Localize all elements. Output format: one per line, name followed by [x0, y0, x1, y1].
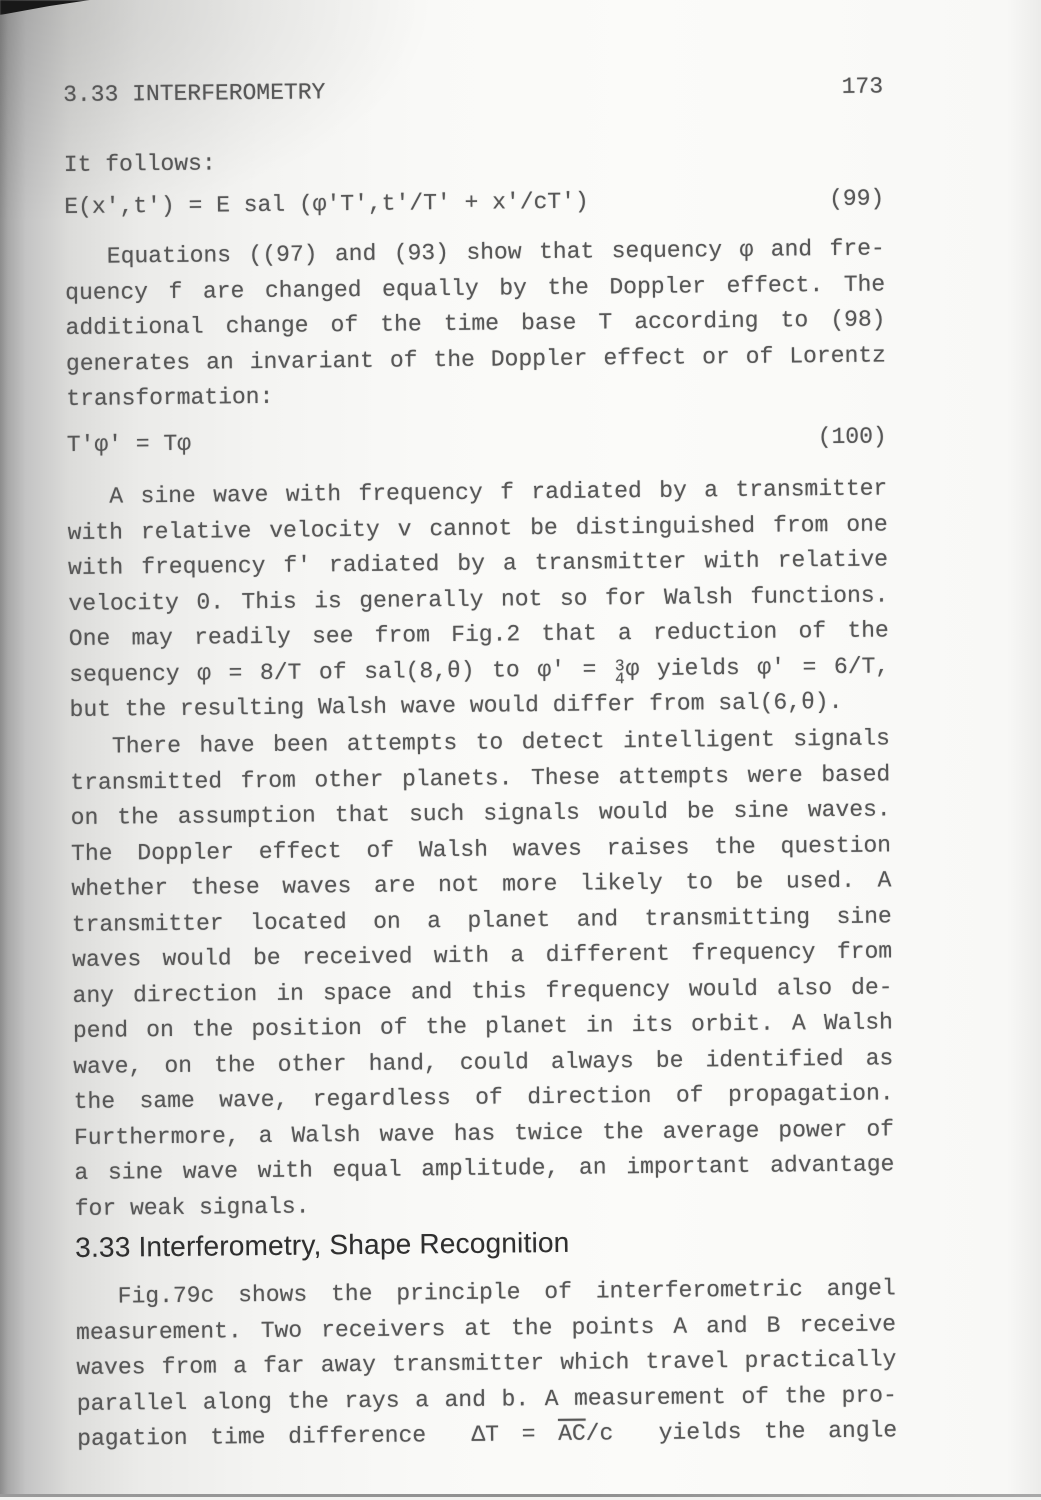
running-header: 3.33 INTERFEROMETRY [63, 75, 326, 113]
equation-100-number: (100) [818, 419, 887, 455]
paragraph-intelligent-signals: There have been attempts to detect intel… [70, 721, 895, 1227]
page-header: 3.33 INTERFEROMETRY 173 [63, 69, 883, 113]
page-content: 3.33 INTERFEROMETRY 173 It follows: E(x'… [62, 0, 898, 1500]
paragraph-interferometry: Fig.79c shows the principle of interfero… [76, 1271, 898, 1457]
paragraph-lines: Fig.79c shows the principle of interfero… [76, 1271, 897, 1422]
paragraph-doppler-invariant: Equations ((97) and (93) show that seque… [65, 231, 887, 417]
section-heading: 3.33 Interferometry, Shape Recognition [75, 1223, 895, 1264]
text-span: sequency φ = 8/T of sal(8,θ) to φ' = [69, 656, 614, 688]
overline-AC: AC [558, 1421, 586, 1447]
equation-99-number: (99) [829, 181, 885, 217]
page-number: 173 [841, 69, 883, 105]
fraction-three-quarters: 34 [615, 660, 625, 687]
text-span: /c yields the angle [586, 1417, 898, 1446]
paragraph-lines: A sine wave with frequency f radiated by… [67, 471, 889, 657]
scanned-page: 3.33 INTERFEROMETRY 173 It follows: E(x'… [0, 0, 1041, 1500]
equation-99-body: E(x',t') = E sal (φ'T',t'/T' + x'/cT') [64, 185, 589, 226]
equation-100: T'φ' = Tφ (100) [67, 419, 887, 463]
fraction-denominator: 4 [615, 673, 625, 687]
text-line-with-overline: pagation time difference ΔT = AC/c yield… [77, 1413, 897, 1457]
paragraph-sine-vs-walsh: A sine wave with frequency f radiated by… [67, 471, 890, 728]
text-span: pagation time difference ΔT = [77, 1421, 558, 1452]
equation-99: E(x',t') = E sal (φ'T',t'/T' + x'/cT') (… [64, 181, 884, 225]
intro-line: It follows: [64, 139, 884, 183]
equation-100-body: T'φ' = Tφ [67, 427, 192, 464]
text-span: φ yields φ' = 6/T, [625, 653, 889, 682]
text-line: transformation: [66, 373, 886, 417]
